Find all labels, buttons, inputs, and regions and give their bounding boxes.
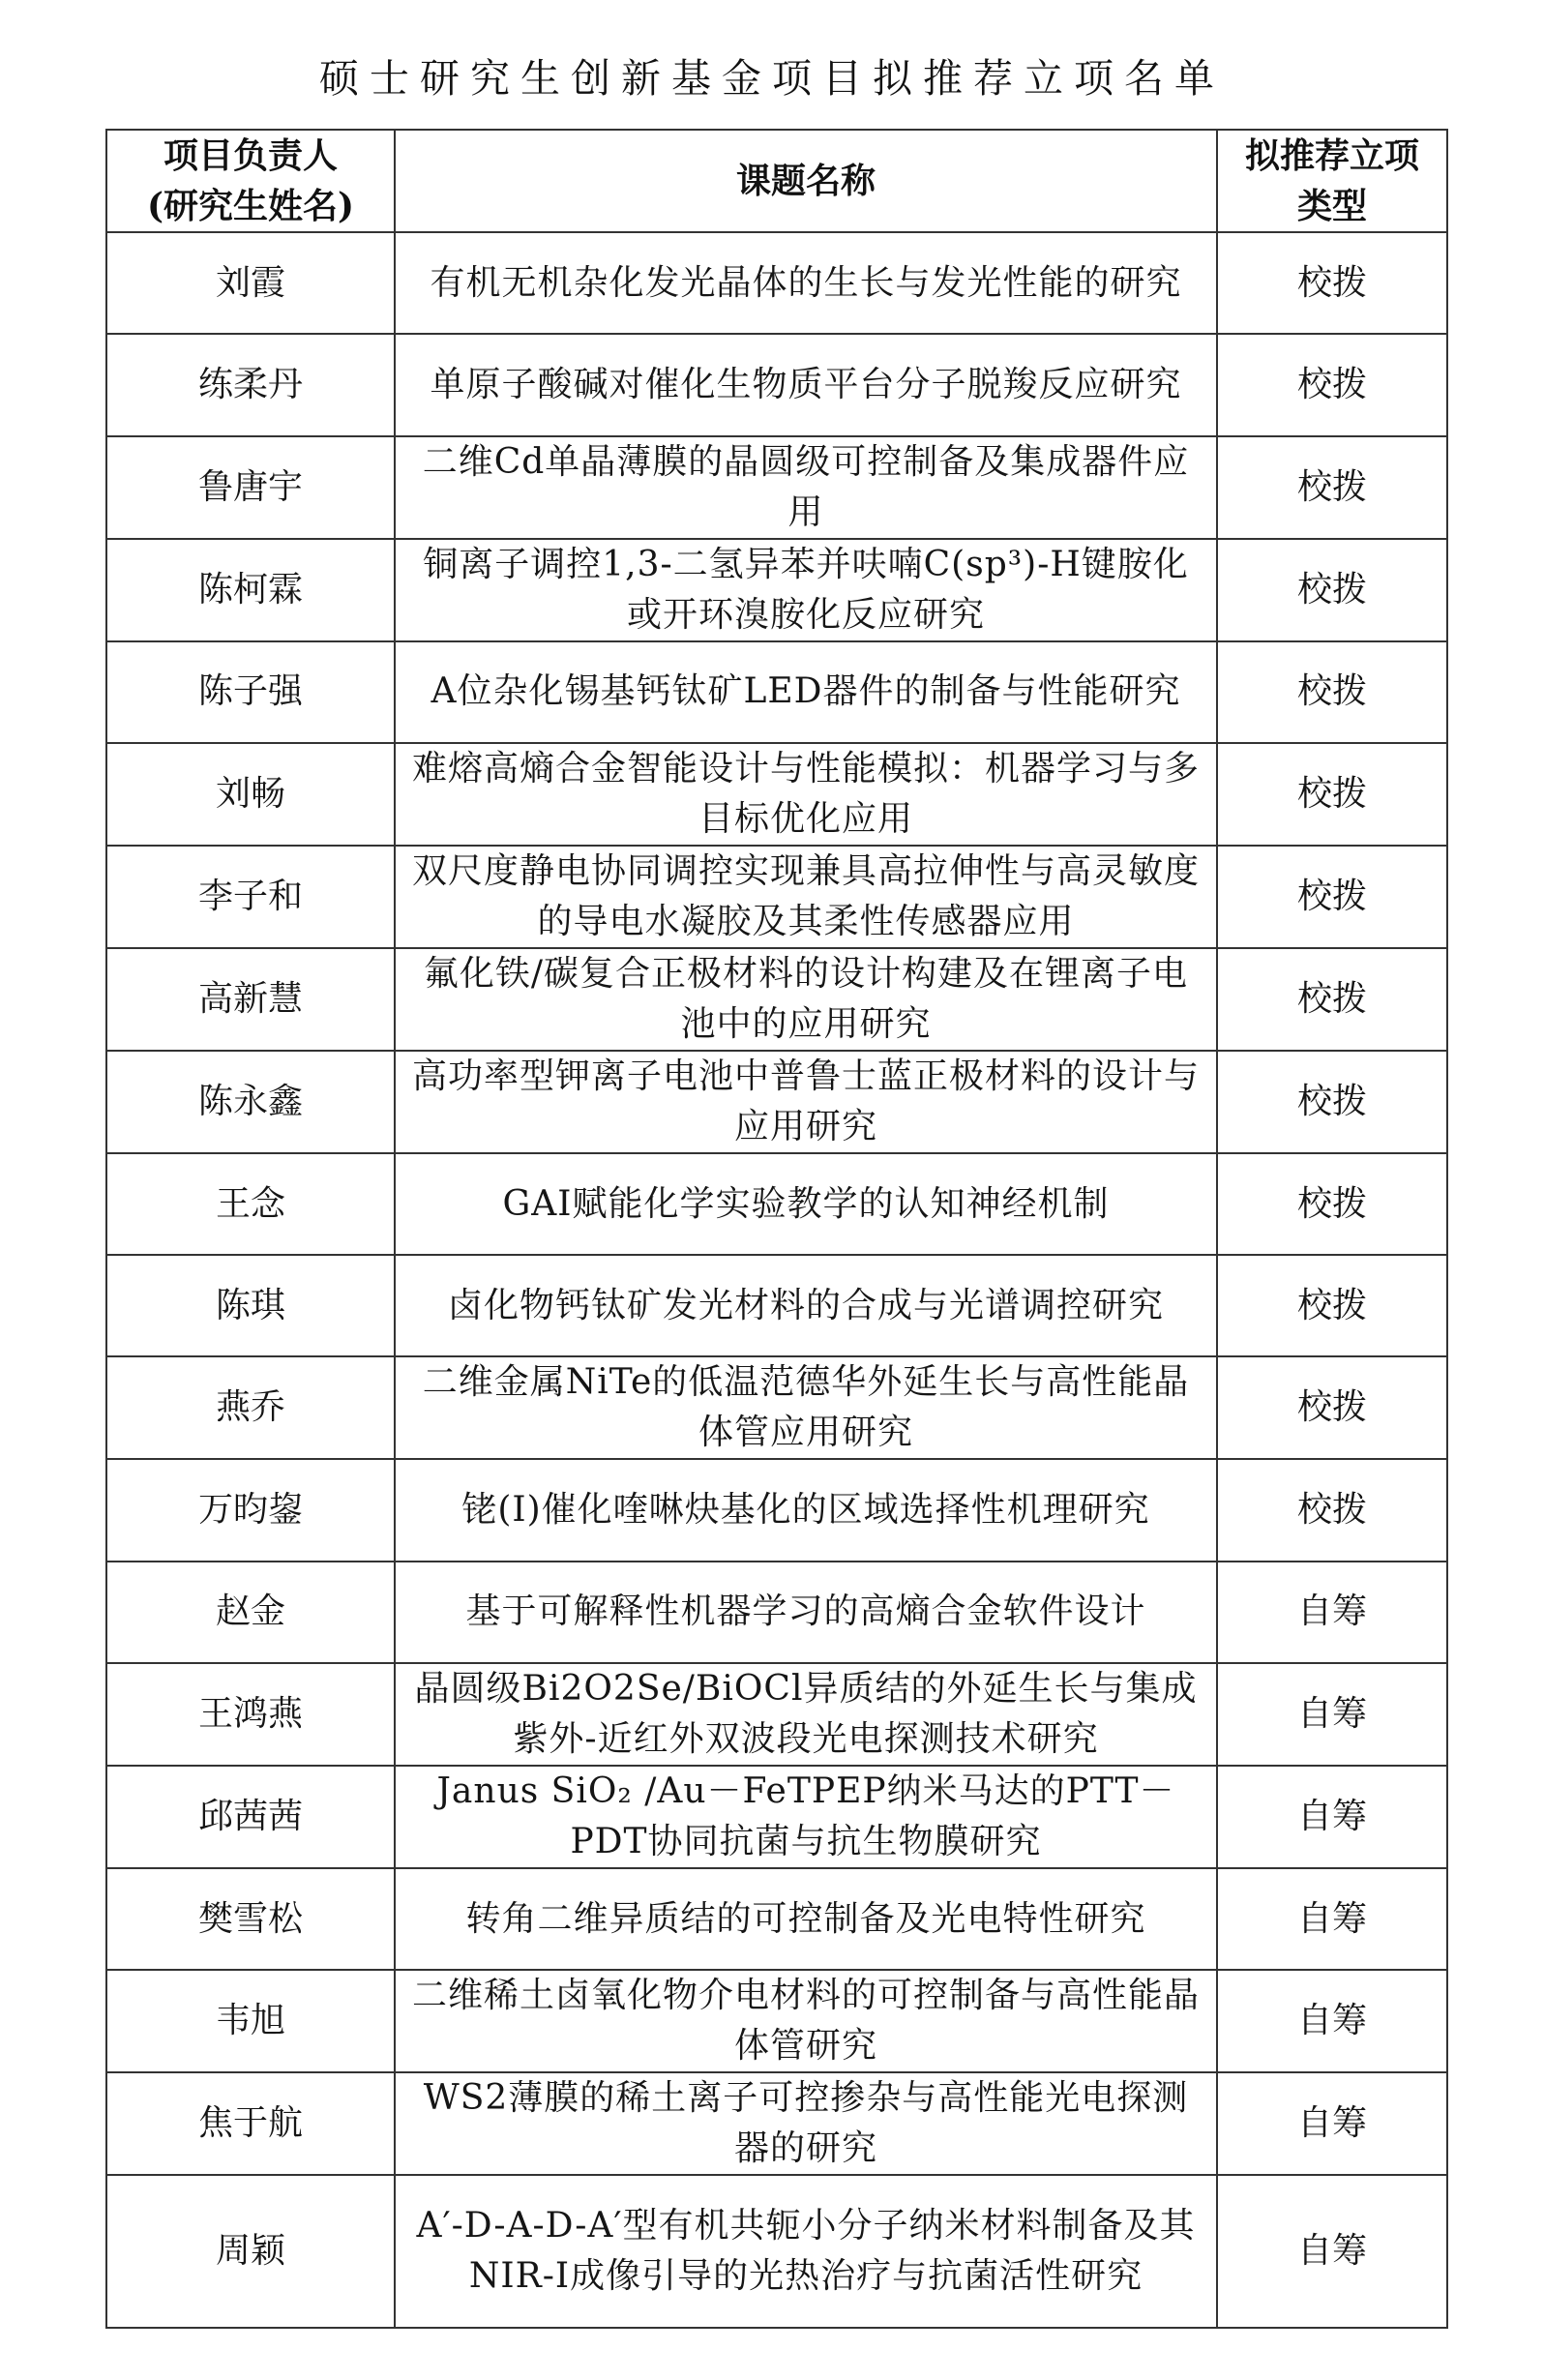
project-type: 校拨 — [1217, 1255, 1447, 1356]
table-row: 刘霞 有机无机杂化发光晶体的生长与发光性能的研究 校拨 — [106, 232, 1447, 334]
leader-name: 韦旭 — [106, 1970, 395, 2072]
topic-title: 氟化铁/碳复合正极材料的设计构建及在锂离子电池中的应用研究 — [395, 948, 1217, 1051]
leader-name: 周颖 — [106, 2175, 395, 2328]
table-row: 练柔丹 单原子酸碱对催化生物质平台分子脱羧反应研究 校拨 — [106, 334, 1447, 435]
topic-title: 晶圆级Bi2O2Se/BiOCl异质结的外延生长与集成紫外-近红外双波段光电探测… — [395, 1663, 1217, 1766]
topic-title: 单原子酸碱对催化生物质平台分子脱羧反应研究 — [395, 334, 1217, 435]
leader-name: 刘霞 — [106, 232, 395, 334]
topic-title: 有机无机杂化发光晶体的生长与发光性能的研究 — [395, 232, 1217, 334]
leader-name: 万昀鋆 — [106, 1459, 395, 1561]
project-type: 校拨 — [1217, 436, 1447, 539]
project-type: 自筹 — [1217, 1868, 1447, 1970]
topic-title: 卤化物钙钛矿发光材料的合成与光谱调控研究 — [395, 1255, 1217, 1356]
table-row: 陈琪 卤化物钙钛矿发光材料的合成与光谱调控研究 校拨 — [106, 1255, 1447, 1356]
project-type: 校拨 — [1217, 539, 1447, 641]
topic-title: 双尺度静电协同调控实现兼具高拉伸性与高灵敏度的导电水凝胶及其柔性传感器应用 — [395, 846, 1217, 948]
topic-title: 二维金属NiTe的低温范德华外延生长与高性能晶体管应用研究 — [395, 1356, 1217, 1459]
project-type: 校拨 — [1217, 846, 1447, 948]
table-row: 李子和 双尺度静电协同调控实现兼具高拉伸性与高灵敏度的导电水凝胶及其柔性传感器应… — [106, 846, 1447, 948]
project-type: 自筹 — [1217, 2072, 1447, 2175]
project-type: 校拨 — [1217, 1356, 1447, 1459]
topic-title: 高功率型钾离子电池中普鲁士蓝正极材料的设计与应用研究 — [395, 1051, 1217, 1153]
project-type: 校拨 — [1217, 1153, 1447, 1255]
table-row: 赵金 基于可解释性机器学习的高熵合金软件设计 自筹 — [106, 1562, 1447, 1663]
topic-title: 二维稀土卤氧化物介电材料的可控制备与高性能晶体管研究 — [395, 1970, 1217, 2072]
topic-title: 铑(I)催化喹啉炔基化的区域选择性机理研究 — [395, 1459, 1217, 1561]
leader-name: 邱茜茜 — [106, 1766, 395, 1868]
project-type: 自筹 — [1217, 1766, 1447, 1868]
header-leader-line1: 项目负责人 — [119, 131, 382, 181]
table-row: 樊雪松 转角二维异质结的可控制备及光电特性研究 自筹 — [106, 1868, 1447, 1970]
leader-name: 燕乔 — [106, 1356, 395, 1459]
header-type-line2: 类型 — [1230, 181, 1435, 231]
leader-name: 焦于航 — [106, 2072, 395, 2175]
project-type: 校拨 — [1217, 1051, 1447, 1153]
leader-name: 王鸿燕 — [106, 1663, 395, 1766]
topic-title: 转角二维异质结的可控制备及光电特性研究 — [395, 1868, 1217, 1970]
header-project-type: 拟推荐立项 类型 — [1217, 130, 1447, 232]
table-row: 王念 GAI赋能化学实验教学的认知神经机制 校拨 — [106, 1153, 1447, 1255]
topic-title: Janus SiO₂ /Au－FeTPEP纳米马达的PTT－PDT协同抗菌与抗生… — [395, 1766, 1217, 1868]
project-type: 自筹 — [1217, 1663, 1447, 1766]
project-type: 自筹 — [1217, 1562, 1447, 1663]
table-row: 燕乔 二维金属NiTe的低温范德华外延生长与高性能晶体管应用研究 校拨 — [106, 1356, 1447, 1459]
leader-name: 陈琪 — [106, 1255, 395, 1356]
project-type: 校拨 — [1217, 334, 1447, 435]
topic-title: 二维Cd单晶薄膜的晶圆级可控制备及集成器件应用 — [395, 436, 1217, 539]
project-list-table: 项目负责人 (研究生姓名) 课题名称 拟推荐立项 类型 刘霞 有机无机杂化发光晶… — [105, 129, 1448, 2329]
topic-title: A位杂化锡基钙钛矿LED器件的制备与性能研究 — [395, 641, 1217, 743]
leader-name: 陈柯霖 — [106, 539, 395, 641]
leader-name: 赵金 — [106, 1562, 395, 1663]
table-row: 邱茜茜 Janus SiO₂ /Au－FeTPEP纳米马达的PTT－PDT协同抗… — [106, 1766, 1447, 1868]
table-row: 高新慧 氟化铁/碳复合正极材料的设计构建及在锂离子电池中的应用研究 校拨 — [106, 948, 1447, 1051]
topic-title: 基于可解释性机器学习的高熵合金软件设计 — [395, 1562, 1217, 1663]
leader-name: 高新慧 — [106, 948, 395, 1051]
project-type: 校拨 — [1217, 1459, 1447, 1561]
table-row: 陈子强 A位杂化锡基钙钛矿LED器件的制备与性能研究 校拨 — [106, 641, 1447, 743]
topic-title: 难熔高熵合金智能设计与性能模拟：机器学习与多目标优化应用 — [395, 743, 1217, 846]
project-type: 校拨 — [1217, 641, 1447, 743]
leader-name: 陈永鑫 — [106, 1051, 395, 1153]
table-row: 刘畅 难熔高熵合金智能设计与性能模拟：机器学习与多目标优化应用 校拨 — [106, 743, 1447, 846]
table-row: 万昀鋆 铑(I)催化喹啉炔基化的区域选择性机理研究 校拨 — [106, 1459, 1447, 1561]
table-row: 焦于航 WS2薄膜的稀土离子可控掺杂与高性能光电探测器的研究 自筹 — [106, 2072, 1447, 2175]
leader-name: 练柔丹 — [106, 334, 395, 435]
table-row: 韦旭 二维稀土卤氧化物介电材料的可控制备与高性能晶体管研究 自筹 — [106, 1970, 1447, 2072]
table-header-row: 项目负责人 (研究生姓名) 课题名称 拟推荐立项 类型 — [106, 130, 1447, 232]
project-type: 校拨 — [1217, 232, 1447, 334]
document-title: 硕士研究生创新基金项目拟推荐立项名单 — [0, 52, 1544, 104]
leader-name: 陈子强 — [106, 641, 395, 743]
table-row: 周颖 A′-D-A-D-A′型有机共轭小分子纳米材料制备及其NIR-I成像引导的… — [106, 2175, 1447, 2328]
topic-title: A′-D-A-D-A′型有机共轭小分子纳米材料制备及其NIR-I成像引导的光热治… — [395, 2175, 1217, 2328]
table-row: 鲁唐宇 二维Cd单晶薄膜的晶圆级可控制备及集成器件应用 校拨 — [106, 436, 1447, 539]
table-row: 陈永鑫 高功率型钾离子电池中普鲁士蓝正极材料的设计与应用研究 校拨 — [106, 1051, 1447, 1153]
topic-title: WS2薄膜的稀土离子可控掺杂与高性能光电探测器的研究 — [395, 2072, 1217, 2175]
leader-name: 王念 — [106, 1153, 395, 1255]
header-project-leader: 项目负责人 (研究生姓名) — [106, 130, 395, 232]
header-type-line1: 拟推荐立项 — [1230, 131, 1435, 181]
table-row: 陈柯霖 铜离子调控1,3-二氢异苯并呋喃C(sp³)-H键胺化或开环溴胺化反应研… — [106, 539, 1447, 641]
table-row: 王鸿燕 晶圆级Bi2O2Se/BiOCl异质结的外延生长与集成紫外-近红外双波段… — [106, 1663, 1447, 1766]
leader-name: 李子和 — [106, 846, 395, 948]
header-topic: 课题名称 — [395, 130, 1217, 232]
project-type: 校拨 — [1217, 743, 1447, 846]
header-leader-line2: (研究生姓名) — [119, 181, 382, 231]
project-type: 自筹 — [1217, 2175, 1447, 2328]
leader-name: 樊雪松 — [106, 1868, 395, 1970]
leader-name: 刘畅 — [106, 743, 395, 846]
project-type: 自筹 — [1217, 1970, 1447, 2072]
topic-title: GAI赋能化学实验教学的认知神经机制 — [395, 1153, 1217, 1255]
project-type: 校拨 — [1217, 948, 1447, 1051]
topic-title: 铜离子调控1,3-二氢异苯并呋喃C(sp³)-H键胺化或开环溴胺化反应研究 — [395, 539, 1217, 641]
leader-name: 鲁唐宇 — [106, 436, 395, 539]
